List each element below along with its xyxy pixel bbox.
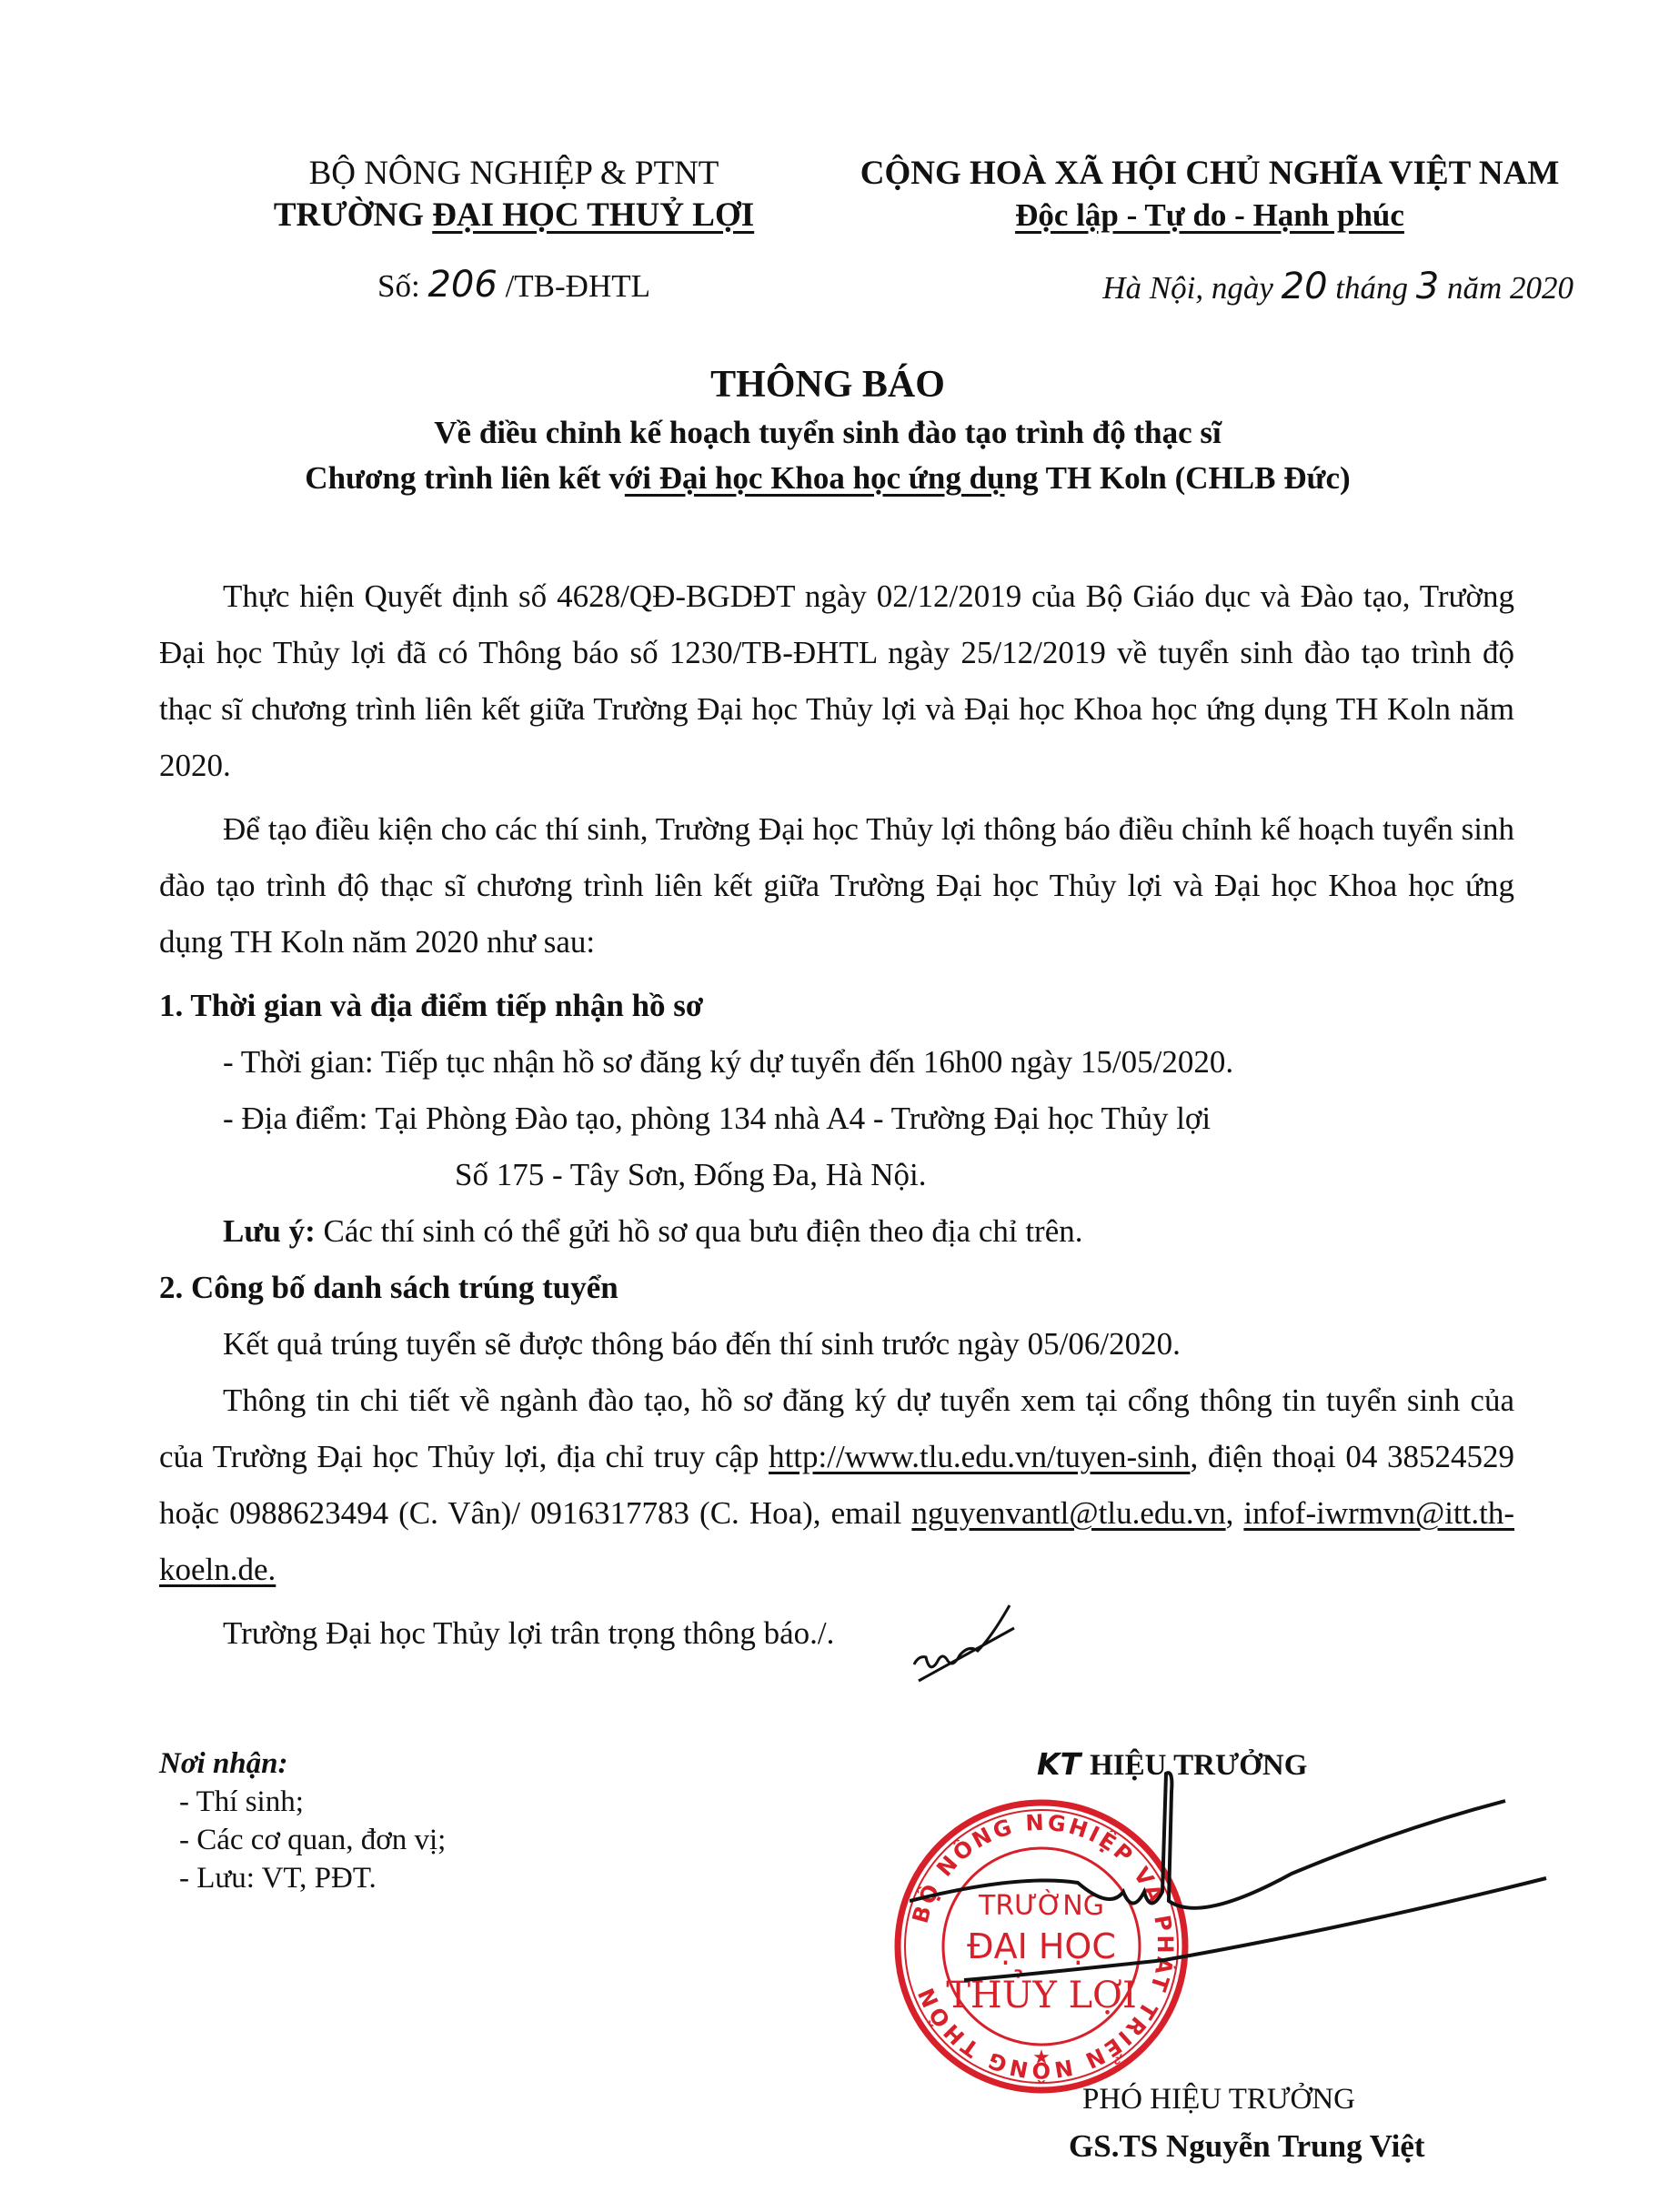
recipient-item: - Thí sinh; xyxy=(159,1783,446,1821)
handwritten-signature xyxy=(910,1765,1601,2065)
closing-line: Trường Đại học Thủy lợi trân trọng thông… xyxy=(159,1605,1514,1662)
national-motto: Độc lập - Tự do - Hạnh phúc xyxy=(823,195,1596,236)
nation-name: CỘNG HOÀ XÃ HỘI CHỦ NGHĨA VIỆT NAM xyxy=(823,153,1596,195)
place-prefix: Hà Nội, ngày xyxy=(1102,270,1281,306)
day-handwritten: 20 xyxy=(1282,266,1328,307)
recipients-label: Nơi nhận: xyxy=(159,1744,446,1783)
month-handwritten: 3 xyxy=(1416,266,1439,307)
recipient-item: - Lưu: VT, PĐT. xyxy=(159,1859,446,1897)
section-2-result: Kết quả trúng tuyển sẽ được thông báo đế… xyxy=(159,1316,1514,1372)
initials-mark xyxy=(910,1601,1019,1683)
title-block: THÔNG BÁO Về điều chỉnh kế hoạch tuyển s… xyxy=(146,359,1510,501)
national-header: CỘNG HOÀ XÃ HỘI CHỦ NGHĨA VIỆT NAM Độc l… xyxy=(823,153,1596,307)
document-title: THÔNG BÁO xyxy=(146,359,1510,410)
section-2-heading: 2. Công bố danh sách trúng tuyển xyxy=(159,1260,1514,1316)
issuer-header: BỘ NÔNG NGHIỆP & PTNT TRƯỜNG ĐẠI HỌC THU… xyxy=(232,153,796,306)
section-1-location: - Địa điểm: Tại Phòng Đào tạo, phòng 134… xyxy=(159,1091,1514,1147)
section-1-note: Lưu ý: Các thí sinh có thể gửi hồ sơ qua… xyxy=(159,1203,1514,1260)
recipient-item: - Các cơ quan, đơn vị; xyxy=(159,1821,446,1859)
note-text: Các thí sinh có thể gửi hồ sơ qua bưu đi… xyxy=(316,1213,1083,1249)
email-link-1[interactable]: nguyenvantl@tlu.edu.vn xyxy=(911,1495,1225,1531)
place-date: Hà Nội, ngày 20 tháng 3 năm 2020 xyxy=(823,266,1596,307)
paragraph-1: Thực hiện Quyết định số 4628/QĐ-BGDĐT ng… xyxy=(159,568,1514,794)
subtitle-2: Chương trình liên kết với Đại học Khoa h… xyxy=(146,456,1510,501)
doc-number-label: Số: xyxy=(377,268,427,304)
admissions-url-link[interactable]: http://www.tlu.edu.vn/tuyen-sinh xyxy=(769,1439,1190,1474)
school-name-underlined: ĐẠI HỌC THUỶ LỢI xyxy=(432,196,754,234)
section-1-time: - Thời gian: Tiếp tục nhận hồ sơ đăng ký… xyxy=(159,1034,1514,1091)
subtitle-2-suffix: ng TH Koln (CHLB Đức) xyxy=(1005,460,1351,496)
section-1-heading: 1. Thời gian và địa điểm tiếp nhận hồ sơ xyxy=(159,978,1514,1034)
document-body: Thực hiện Quyết định số 4628/QĐ-BGDĐT ng… xyxy=(159,568,1514,1669)
subtitle-1: Về điều chỉnh kế hoạch tuyển sinh đào tạ… xyxy=(146,410,1510,456)
year-label: năm 2020 xyxy=(1439,270,1574,306)
vice-principal-title: PHÓ HIỆU TRƯỞNG xyxy=(1082,2083,1355,2116)
email-separator: , xyxy=(1226,1495,1244,1531)
ministry-name: BỘ NÔNG NGHIỆP & PTNT xyxy=(232,153,796,195)
recipients-block: Nơi nhận: - Thí sinh; - Các cơ quan, đơn… xyxy=(159,1744,446,1897)
section-2-info: Thông tin chi tiết về ngành đào tạo, hồ … xyxy=(159,1372,1514,1598)
subtitle-2-underlined: ới Đại học Khoa học ứng dụ xyxy=(625,460,1005,496)
school-name: TRƯỜNG ĐẠI HỌC THUỶ LỢI xyxy=(232,195,796,236)
school-prefix: TRƯỜNG xyxy=(274,196,432,234)
signer-name: GS.TS Nguyễn Trung Việt xyxy=(1069,2128,1425,2165)
doc-number-handwritten: 206 xyxy=(427,264,497,306)
subtitle-2-prefix: Chương trình liên kết v xyxy=(305,460,625,496)
note-label: Lưu ý: xyxy=(223,1213,316,1249)
month-label: tháng xyxy=(1328,270,1416,306)
section-1-location-line-2: Số 175 - Tây Sơn, Đống Đa, Hà Nội. xyxy=(159,1147,1514,1203)
doc-number-suffix: /TB-ĐHTL xyxy=(498,268,650,304)
paragraph-2: Để tạo điều kiện cho các thí sinh, Trườn… xyxy=(159,801,1514,970)
document-number: Số: 206 /TB-ĐHTL xyxy=(232,264,796,306)
